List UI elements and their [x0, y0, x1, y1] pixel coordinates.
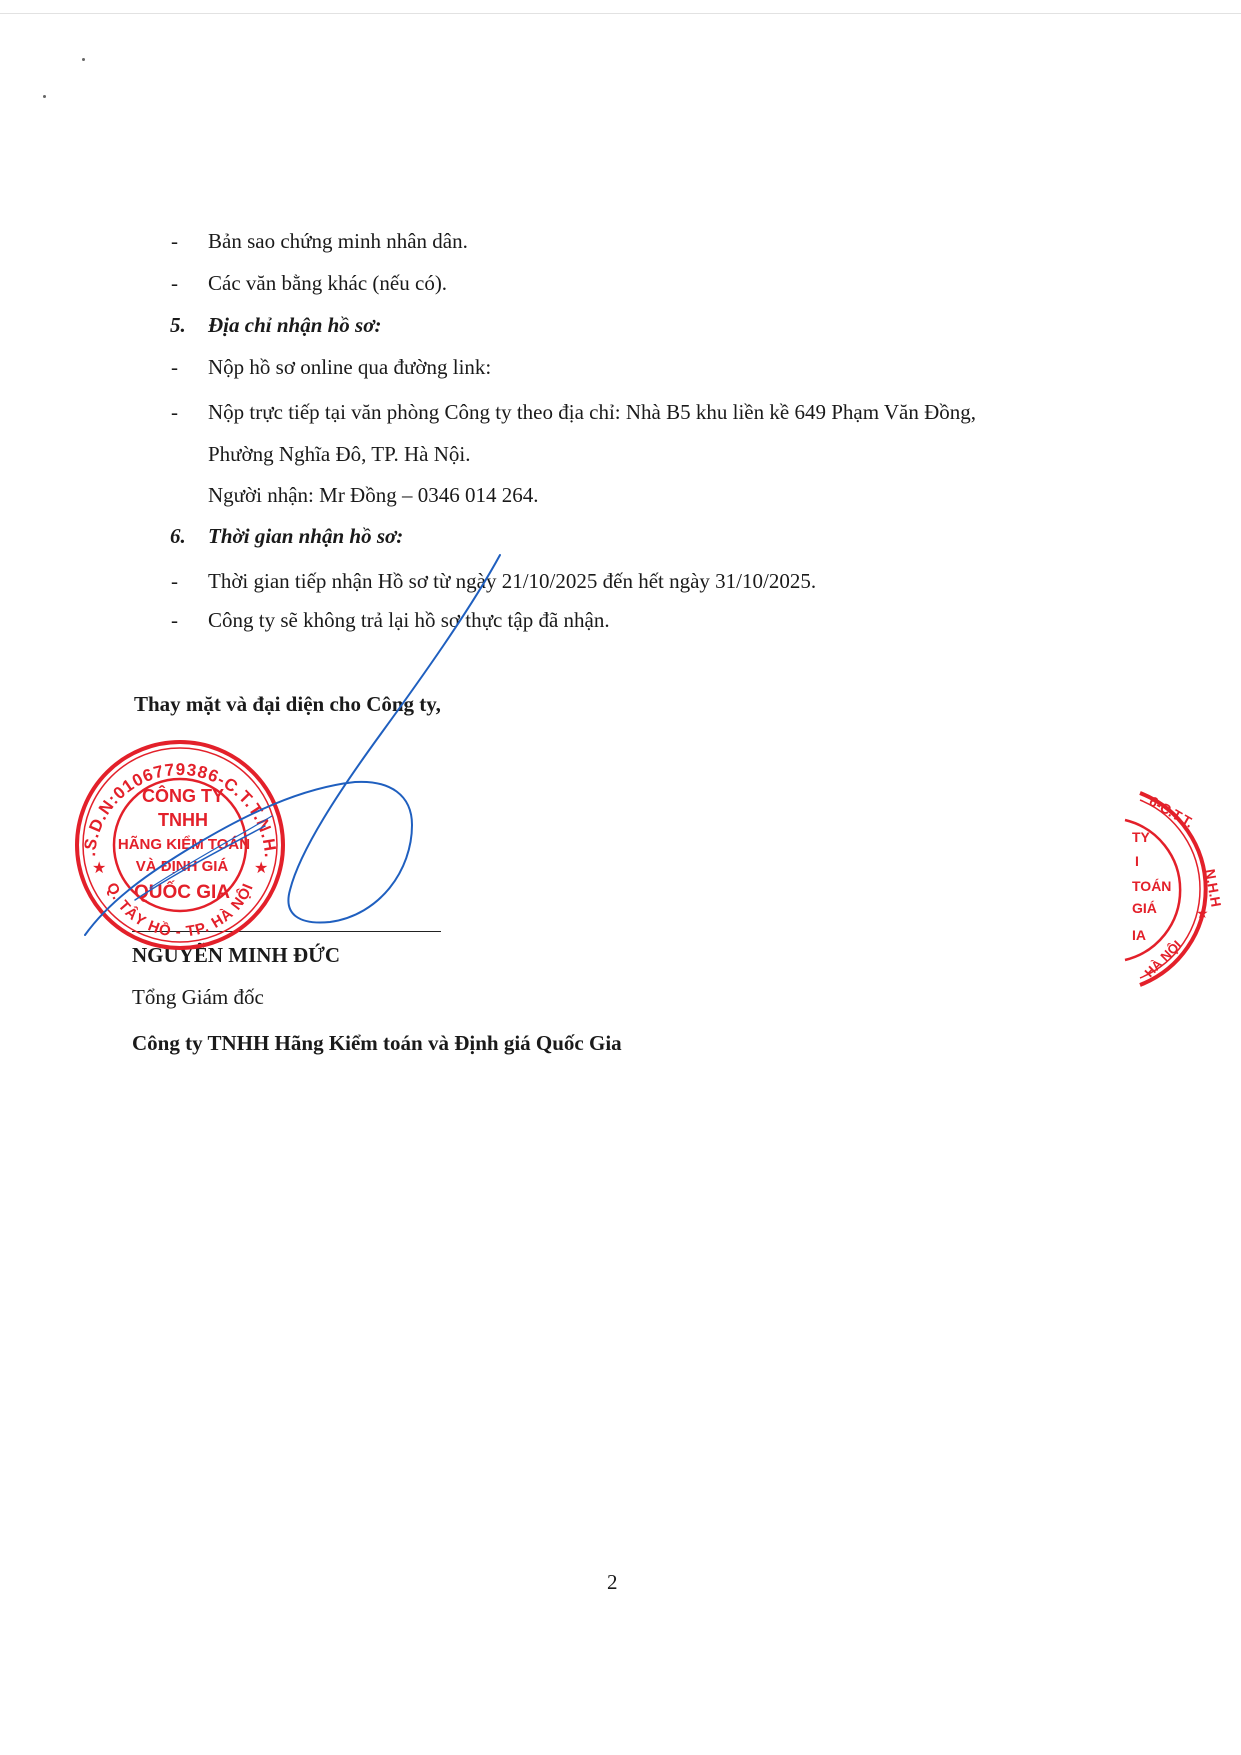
star-icon: ★: [92, 860, 106, 877]
svg-text:TY: TY: [1132, 829, 1151, 845]
star-icon: ★: [1196, 905, 1209, 921]
handwritten-signature: [85, 555, 500, 935]
seal-line: CÔNG TY: [142, 785, 224, 806]
page-number: 2: [607, 1569, 618, 1595]
svg-text:IA: IA: [1132, 927, 1146, 943]
company-seal: M.S.D.N:0106779386-C.T.T.N.H.H Q. TÂY HỒ…: [0, 0, 283, 948]
partial-seal: 6-C.T.T. N.H.H ★ HÀ NỘI TY I TOÁN GIÁ IA: [1125, 793, 1224, 985]
seal-line: VÀ ĐỊNH GIÁ: [136, 858, 229, 875]
svg-text:6-C.T.T.: 6-C.T.T.: [1147, 793, 1197, 831]
svg-text:I: I: [1135, 853, 1139, 869]
seal-line: TNHH: [158, 810, 208, 830]
svg-text:TOÁN: TOÁN: [1132, 878, 1171, 894]
svg-text:M.S.D.N:0106779386-C.T.T.N.H.H: M.S.D.N:0106779386-C.T.T.N.H.H: [0, 0, 280, 859]
stamp-and-signature-layer: M.S.D.N:0106779386-C.T.T.N.H.H Q. TÂY HỒ…: [0, 0, 1241, 1755]
svg-text:GIÁ: GIÁ: [1132, 900, 1157, 916]
star-icon: ★: [254, 860, 268, 877]
seal-outer-top-text: M.S.D.N:0106779386-C.T.T.N.H.H: [0, 0, 280, 859]
